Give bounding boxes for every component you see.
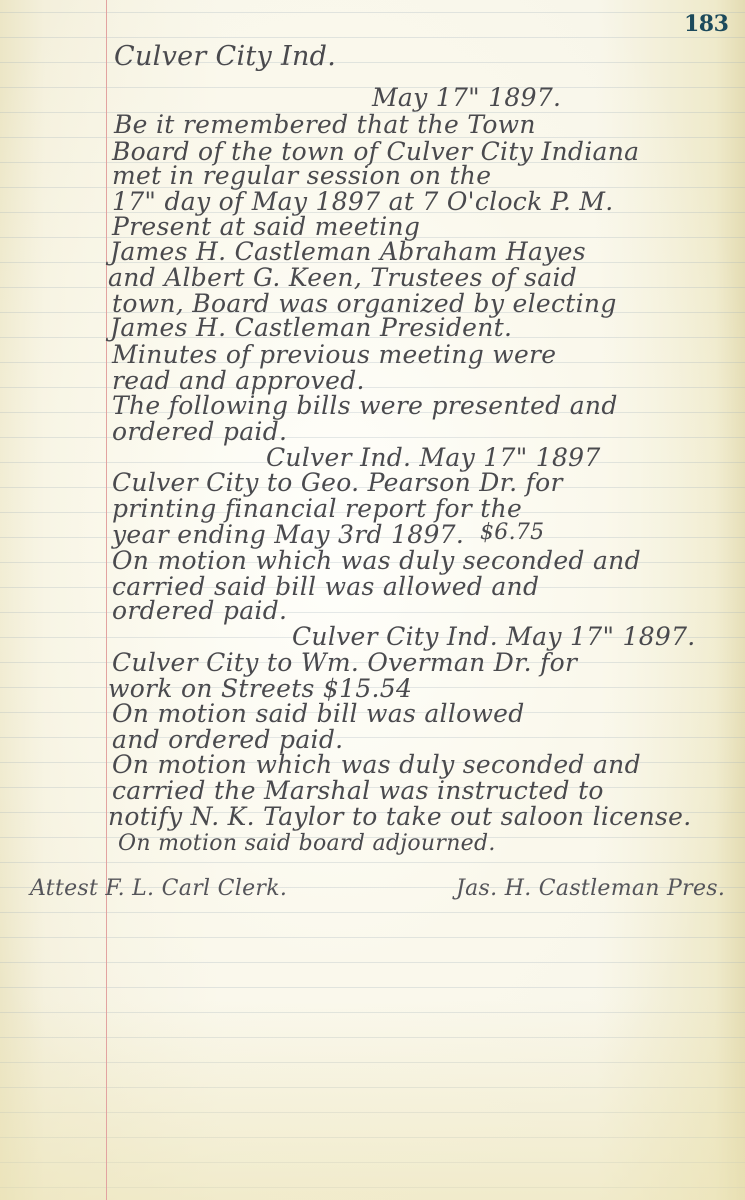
entry-line: and Albert G. Keen, Trustees of said [108,265,577,290]
entry-line: Present at said meeting [112,214,420,239]
ledger-page: 183 Culver City Ind. May 17" 1897. Be it… [0,0,745,1200]
bill1-amount: $6.75 [480,520,544,545]
bill2-line: work on Streets $15.54 [108,676,412,701]
entry-line: ordered paid. [112,419,287,444]
closing-line: notify N. K. Taylor to take out saloon l… [108,804,691,829]
bill2-motion-line: On motion said bill was allowed [112,701,525,726]
bill2-motion-line: and ordered paid. [112,727,343,752]
attest-signature: Attest F. L. Carl Clerk. [30,876,287,901]
bill2-dateline: Culver City Ind. May 17" 1897. [292,624,696,649]
closing-line: On motion said board adjourned. [118,831,496,856]
bill2-line: Culver City to Wm. Overman Dr. for [112,650,577,675]
heading-place: Culver City Ind. [114,44,336,69]
bill1-line: printing financial report for the [112,496,522,521]
margin-rule [106,0,107,1200]
entry-line: The following bills were presented and [112,393,618,418]
bill1-motion-line: ordered paid. [112,598,287,623]
bill1-line: Culver City to Geo. Pearson Dr. for [112,470,563,495]
entry-line: 17" day of May 1897 at 7 O'clock P. M. [112,189,614,214]
entry-line: read and approved. [112,368,365,393]
bill1-motion-line: On motion which was duly seconded and [112,548,641,573]
entry-line: James H. Castleman Abraham Hayes [110,239,586,264]
entry-line: Be it remembered that the Town [114,112,536,137]
president-signature: Jas. H. Castleman Pres. [456,876,725,901]
bill1-line: year ending May 3rd 1897. [112,522,464,547]
entry-line: Minutes of previous meeting were [112,342,556,367]
heading-date: May 17" 1897. [372,85,561,110]
paper-aging-tint [0,1000,745,1200]
page-number: 183 [684,11,728,37]
closing-line: On motion which was duly seconded and [112,752,641,777]
bill1-dateline: Culver Ind. May 17" 1897 [266,445,601,470]
entry-line: James H. Castleman President. [110,315,512,340]
entry-line: met in regular session on the [112,163,491,188]
closing-line: carried the Marshal was instructed to [112,778,604,803]
